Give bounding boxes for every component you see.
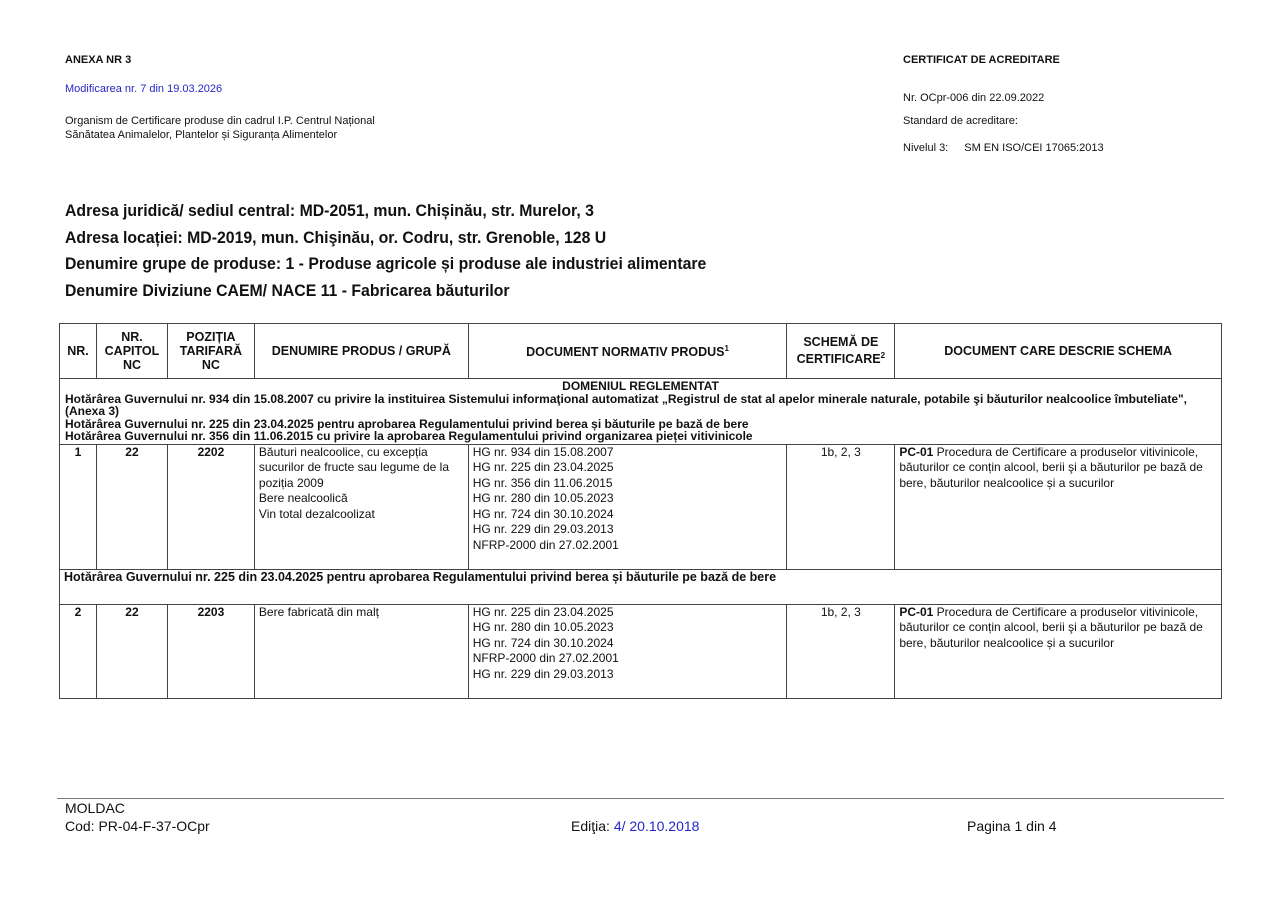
section-regulation: Hotărârea Guvernului nr. 225 din 23.04.2… <box>60 569 1222 604</box>
col-header-capitol: NR. CAPITOL NC <box>96 324 167 379</box>
table-row: 2 22 2203 Bere fabricată din malț HG nr.… <box>60 604 1222 698</box>
certificate-number: Nr. OCpr-006 din 22.09.2022 <box>903 92 1044 104</box>
accreditation-scope-table: NR. NR. CAPITOL NC POZIȚIA TARIFARĂ NC D… <box>59 323 1222 699</box>
row-denumire: Bere fabricată din malț <box>254 604 468 698</box>
col-header-descriere: DOCUMENT CARE DESCRIE SCHEMA <box>895 324 1222 379</box>
standard-label: Standard de acreditare: <box>903 115 1018 127</box>
domain-row: DOMENIUL REGLEMENTAT Hotărârea Guvernulu… <box>60 379 1222 445</box>
row-pozitia: 2202 <box>167 444 254 569</box>
info-block: Adresa juridică/ sediul central: MD-2051… <box>65 200 755 306</box>
row-nr: 2 <box>60 604 97 698</box>
row-procedure: PC-01 Procedura de Certificare a produse… <box>895 444 1222 569</box>
product-group: Denumire grupe de produse: 1 - Produse a… <box>65 253 706 280</box>
row-denumire: Băuturi nealcoolice, cu excepția sucuril… <box>254 444 468 569</box>
row-capitol: 22 <box>96 604 167 698</box>
edition-value: 4/ 20.10.2018 <box>614 818 700 834</box>
domain-title: DOMENIUL REGLEMENTAT <box>65 380 1216 393</box>
location-address: Adresa locației: MD-2019, mun. Chişinău,… <box>65 227 706 254</box>
accreditation-level: Nivelul 3:SM EN ISO/CEI 17065:2013 <box>903 142 1104 154</box>
row-documents: HG nr. 934 din 15.08.2007 HG nr. 225 din… <box>468 444 787 569</box>
level-standard: SM EN ISO/CEI 17065:2013 <box>964 142 1103 154</box>
footer-edition: Ediţia: 4/ 20.10.2018 <box>571 818 699 834</box>
footer-org: MOLDAC <box>65 800 125 816</box>
regulation-act: Hotărârea Guvernului nr. 356 din 11.06.2… <box>65 430 1216 443</box>
legal-address: Adresa juridică/ sediul central: MD-2051… <box>65 200 706 227</box>
row-pozitia: 2203 <box>167 604 254 698</box>
level-label: Nivelul 3: <box>903 142 948 154</box>
row-procedure: PC-01 Procedura de Certificare a produse… <box>895 604 1222 698</box>
row-schema: 1b, 2, 3 <box>787 444 895 569</box>
annex-title: ANEXA NR 3 <box>65 54 131 66</box>
certificate-title: CERTIFICAT DE ACREDITARE <box>903 54 1060 66</box>
table-row: 1 22 2202 Băuturi nealcoolice, cu excepț… <box>60 444 1222 569</box>
section-row: Hotărârea Guvernului nr. 225 din 23.04.2… <box>60 569 1222 604</box>
col-header-denumire: DENUMIRE PRODUS / GRUPĂ <box>254 324 468 379</box>
nace-division: Denumire Diviziune CAEM/ NACE 11 - Fabri… <box>65 280 706 307</box>
organism-line-2: Sănătatea Animalelor, Plantelor și Sigur… <box>65 128 375 142</box>
table-header-row: NR. NR. CAPITOL NC POZIȚIA TARIFARĂ NC D… <box>60 324 1222 379</box>
regulation-act: Hotărârea Guvernului nr. 934 din 15.08.2… <box>65 393 1216 418</box>
page-number: Pagina 1 din 4 <box>967 818 1057 834</box>
modification-note: Modificarea nr. 7 din 19.03.2026 <box>65 83 222 95</box>
row-capitol: 22 <box>96 444 167 569</box>
row-nr: 1 <box>60 444 97 569</box>
organism-line-1: Organism de Certificare produse din cadr… <box>65 114 375 128</box>
col-header-nr: NR. <box>60 324 97 379</box>
col-header-pozitia: POZIȚIA TARIFARĂ NC <box>167 324 254 379</box>
footer-code: Cod: PR-04-F-37-OCpr <box>65 818 210 834</box>
row-schema: 1b, 2, 3 <box>787 604 895 698</box>
col-header-document: DOCUMENT NORMATIV PRODUS1 <box>468 324 787 379</box>
col-header-schema: SCHEMĂ DE CERTIFICARE2 <box>787 324 895 379</box>
row-documents: HG nr. 225 din 23.04.2025 HG nr. 280 din… <box>468 604 787 698</box>
footer-divider <box>57 798 1224 799</box>
organism-name: Organism de Certificare produse din cadr… <box>65 114 375 142</box>
